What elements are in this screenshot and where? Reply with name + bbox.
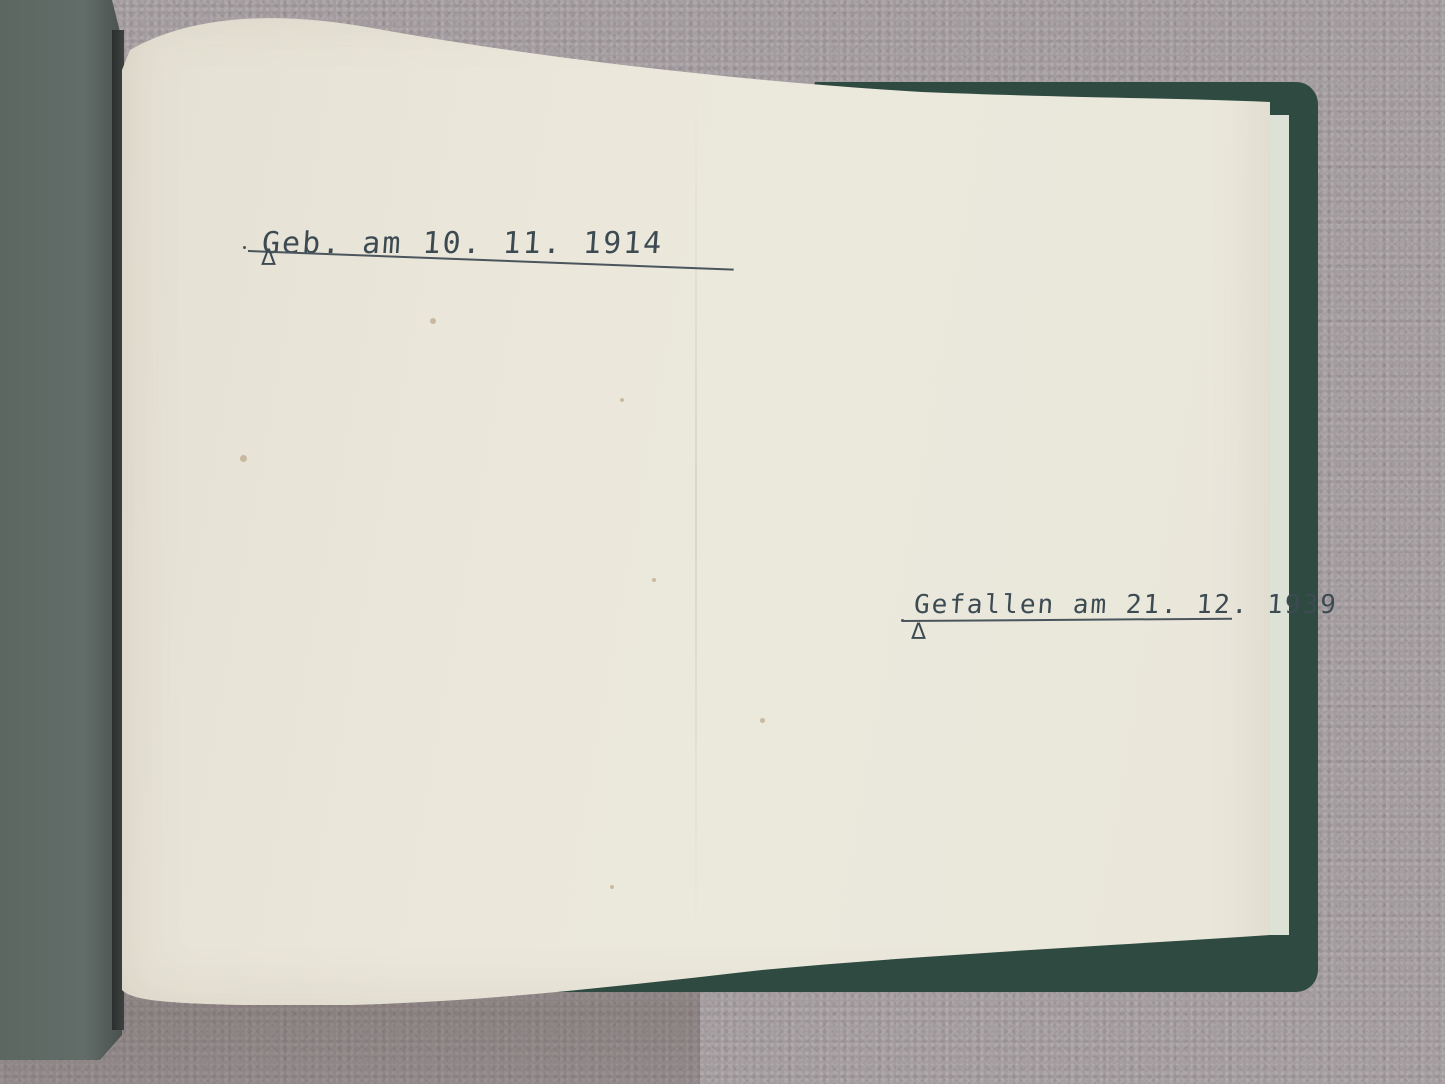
ink-dot (243, 246, 246, 249)
stain (430, 318, 436, 324)
birth-entry-text: Geb. am 10. 11. 1914 (261, 226, 665, 261)
birth-entry: Geb. am 10. 11. 1914 (262, 226, 663, 261)
endpaper-edge (1270, 115, 1289, 935)
death-entry: Gefallen am 21. 12. 1939 (914, 590, 1338, 620)
death-entry-text: Gefallen am 21. 12. 1939 (913, 590, 1339, 620)
stain (652, 578, 656, 582)
stain (610, 885, 614, 889)
stain (240, 455, 247, 462)
handwriting-flourish: Δ (911, 620, 926, 645)
page-fold-line (695, 80, 697, 940)
stain (760, 718, 765, 723)
handwriting-flourish: Δ (261, 246, 276, 271)
stain (620, 398, 624, 402)
left-book-cover (0, 0, 122, 1060)
